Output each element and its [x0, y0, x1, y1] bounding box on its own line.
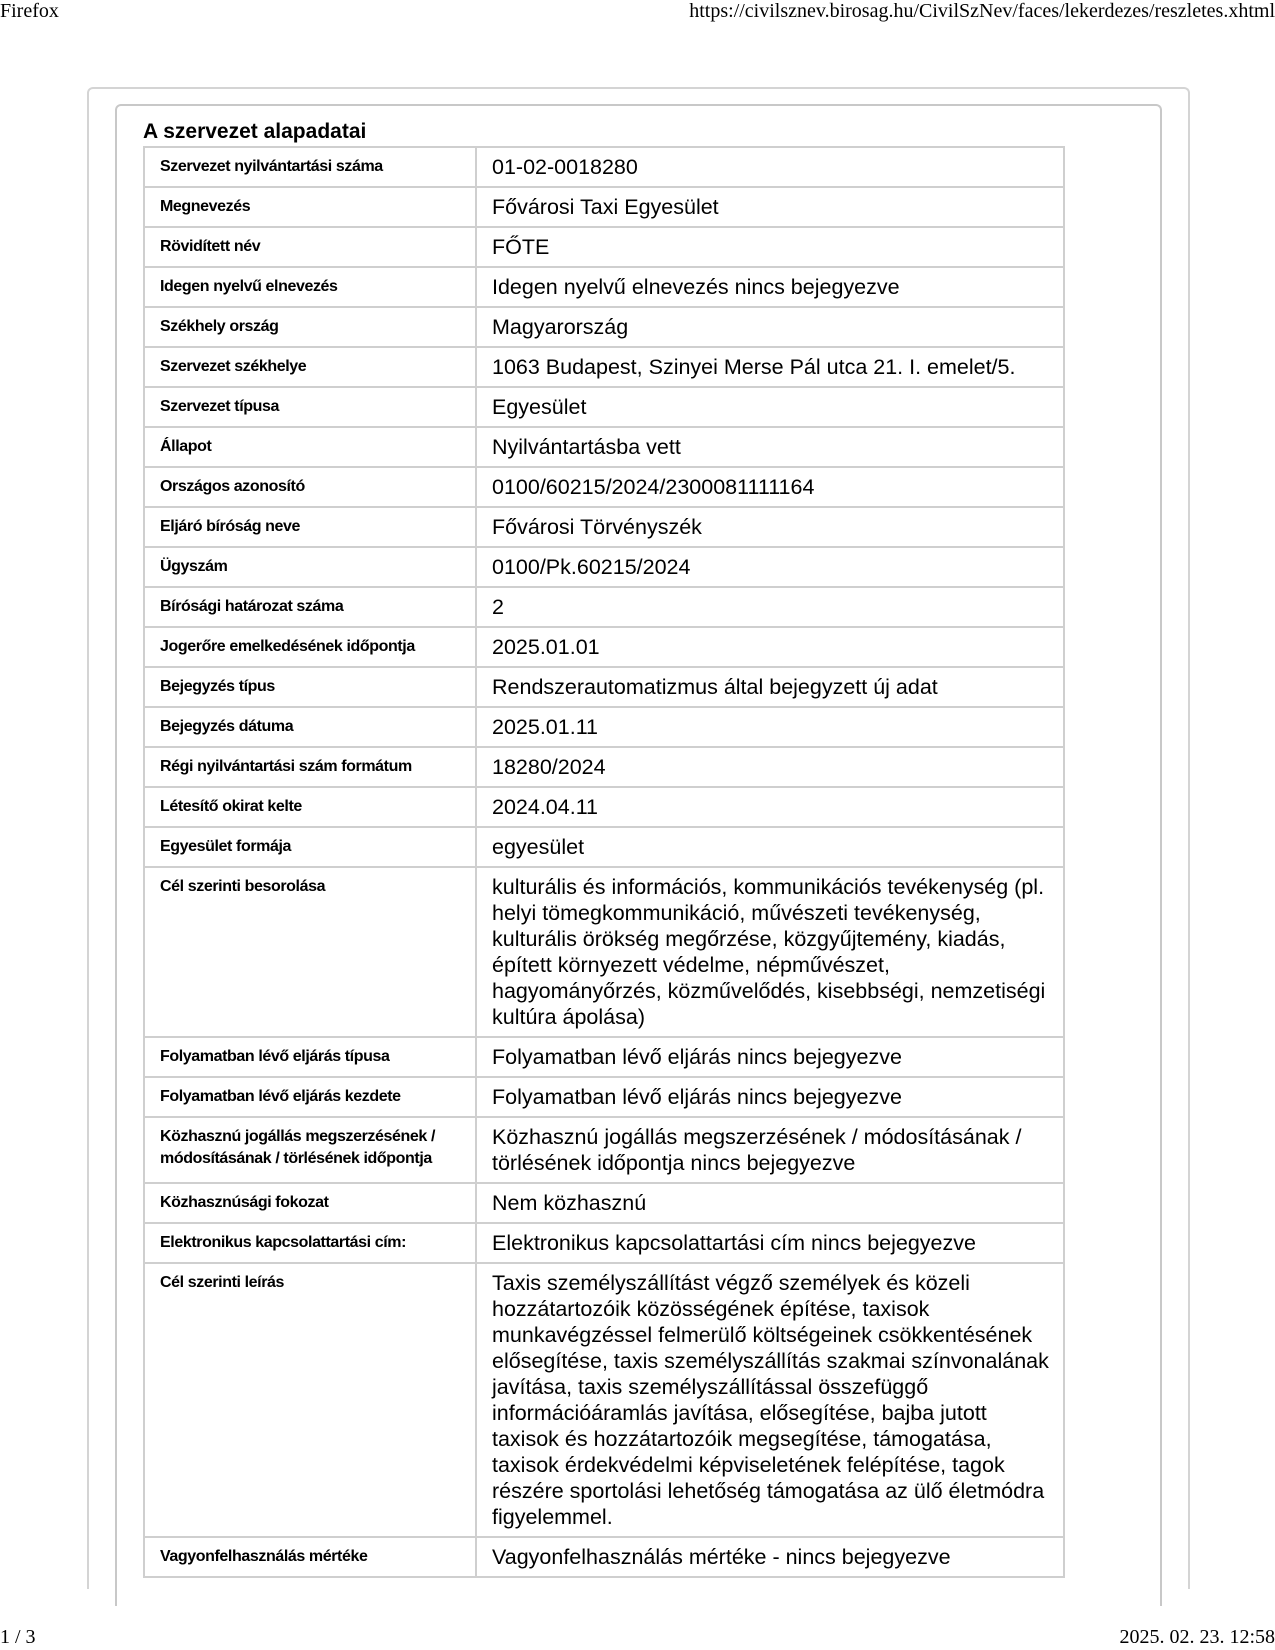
print-header-browser: Firefox	[0, 0, 59, 23]
table-row: Bejegyzés dátuma2025.01.11	[144, 707, 1064, 747]
table-row: MegnevezésFővárosi Taxi Egyesület	[144, 187, 1064, 227]
table-row: ÁllapotNyilvántartásba vett	[144, 427, 1064, 467]
field-label: Folyamatban lévő eljárás kezdete	[144, 1077, 476, 1117]
field-value: 2025.01.01	[476, 627, 1064, 667]
field-value: Taxis személyszállítást végző személyek …	[476, 1263, 1064, 1537]
table-row: Közhasznúsági fokozatNem közhasznú	[144, 1183, 1064, 1223]
field-value: Nem közhasznú	[476, 1183, 1064, 1223]
field-label: Közhasznúsági fokozat	[144, 1183, 476, 1223]
table-row: Idegen nyelvű elnevezésIdegen nyelvű eln…	[144, 267, 1064, 307]
table-row: Bejegyzés típusRendszerautomatizmus álta…	[144, 667, 1064, 707]
field-label: Szervezet székhelye	[144, 347, 476, 387]
table-row: Országos azonosító0100/60215/2024/230008…	[144, 467, 1064, 507]
field-label: Régi nyilvántartási szám formátum	[144, 747, 476, 787]
field-label: Bejegyzés típus	[144, 667, 476, 707]
field-label: Folyamatban lévő eljárás típusa	[144, 1037, 476, 1077]
field-label: Székhely ország	[144, 307, 476, 347]
field-value: FŐTE	[476, 227, 1064, 267]
table-row: Cél szerinti leírásTaxis személyszállítá…	[144, 1263, 1064, 1537]
field-value: Fővárosi Taxi Egyesület	[476, 187, 1064, 227]
field-value: Fővárosi Törvényszék	[476, 507, 1064, 547]
field-label: Cél szerinti besorolása	[144, 867, 476, 1037]
table-row: Szervezet székhelye1063 Budapest, Szinye…	[144, 347, 1064, 387]
table-row: Elektronikus kapcsolattartási cím:Elektr…	[144, 1223, 1064, 1263]
field-value: Nyilvántartásba vett	[476, 427, 1064, 467]
field-value: 1063 Budapest, Szinyei Merse Pál utca 21…	[476, 347, 1064, 387]
field-label: Szervezet típusa	[144, 387, 476, 427]
field-value: Egyesület	[476, 387, 1064, 427]
field-label: Bírósági határozat száma	[144, 587, 476, 627]
table-row: Vagyonfelhasználás mértékeVagyonfelhaszn…	[144, 1537, 1064, 1577]
field-value: Rendszerautomatizmus által bejegyzett új…	[476, 667, 1064, 707]
table-row: Bírósági határozat száma2	[144, 587, 1064, 627]
field-label: Egyesület formája	[144, 827, 476, 867]
field-label: Eljáró bíróság neve	[144, 507, 476, 547]
field-label: Jogerőre emelkedésének időpontja	[144, 627, 476, 667]
table-row: Egyesület formájaegyesület	[144, 827, 1064, 867]
field-value: Folyamatban lévő eljárás nincs bejegyezv…	[476, 1037, 1064, 1077]
field-label: Ügyszám	[144, 547, 476, 587]
table-row: Eljáró bíróság neveFővárosi Törvényszék	[144, 507, 1064, 547]
field-label: Közhasznú jogállás megszerzésének / módo…	[144, 1117, 476, 1183]
field-value: Közhasznú jogállás megszerzésének / módo…	[476, 1117, 1064, 1183]
table-row: Folyamatban lévő eljárás kezdeteFolyamat…	[144, 1077, 1064, 1117]
field-value: Magyarország	[476, 307, 1064, 347]
table-row: Cél szerinti besorolásakulturális és inf…	[144, 867, 1064, 1037]
table-row: Szervezet nyilvántartási száma01-02-0018…	[144, 147, 1064, 187]
field-label: Országos azonosító	[144, 467, 476, 507]
field-label: Rövidített név	[144, 227, 476, 267]
field-value: 01-02-0018280	[476, 147, 1064, 187]
field-label: Szervezet nyilvántartási száma	[144, 147, 476, 187]
field-label: Elektronikus kapcsolattartási cím:	[144, 1223, 476, 1263]
field-label: Megnevezés	[144, 187, 476, 227]
organization-details-table: Szervezet nyilvántartási száma01-02-0018…	[143, 146, 1065, 1578]
field-value: Folyamatban lévő eljárás nincs bejegyezv…	[476, 1077, 1064, 1117]
table-row: Szervezet típusaEgyesület	[144, 387, 1064, 427]
field-label: Idegen nyelvű elnevezés	[144, 267, 476, 307]
table-row: Ügyszám0100/Pk.60215/2024	[144, 547, 1064, 587]
field-label: Állapot	[144, 427, 476, 467]
field-value: 2024.04.11	[476, 787, 1064, 827]
field-label: Vagyonfelhasználás mértéke	[144, 1537, 476, 1577]
field-value: Vagyonfelhasználás mértéke - nincs bejeg…	[476, 1537, 1064, 1577]
field-label: Bejegyzés dátuma	[144, 707, 476, 747]
field-value: 18280/2024	[476, 747, 1064, 787]
field-value: Idegen nyelvű elnevezés nincs bejegyezve	[476, 267, 1064, 307]
field-value: 2025.01.11	[476, 707, 1064, 747]
field-label: Létesítő okirat kelte	[144, 787, 476, 827]
field-label: Cél szerinti leírás	[144, 1263, 476, 1537]
field-value: kulturális és információs, kommunikációs…	[476, 867, 1064, 1037]
table-row: Régi nyilvántartási szám formátum18280/2…	[144, 747, 1064, 787]
table-row: Folyamatban lévő eljárás típusaFolyamatb…	[144, 1037, 1064, 1077]
table-row: Közhasznú jogállás megszerzésének / módo…	[144, 1117, 1064, 1183]
field-value: Elektronikus kapcsolattartási cím nincs …	[476, 1223, 1064, 1263]
table-row: Jogerőre emelkedésének időpontja2025.01.…	[144, 627, 1064, 667]
table-row: Rövidített névFŐTE	[144, 227, 1064, 267]
table-row: Létesítő okirat kelte2024.04.11	[144, 787, 1064, 827]
table-row: Székhely országMagyarország	[144, 307, 1064, 347]
print-header-url: https://civilsznev.birosag.hu/CivilSzNev…	[689, 0, 1275, 23]
field-value: 0100/60215/2024/2300081111164	[476, 467, 1064, 507]
field-value: 0100/Pk.60215/2024	[476, 547, 1064, 587]
field-value: 2	[476, 587, 1064, 627]
print-footer-datetime: 2025. 02. 23. 12:58	[1119, 1626, 1275, 1649]
field-value: egyesület	[476, 827, 1064, 867]
section-title: A szervezet alapadatai	[143, 120, 366, 144]
print-footer-page: 1 / 3	[0, 1626, 36, 1649]
